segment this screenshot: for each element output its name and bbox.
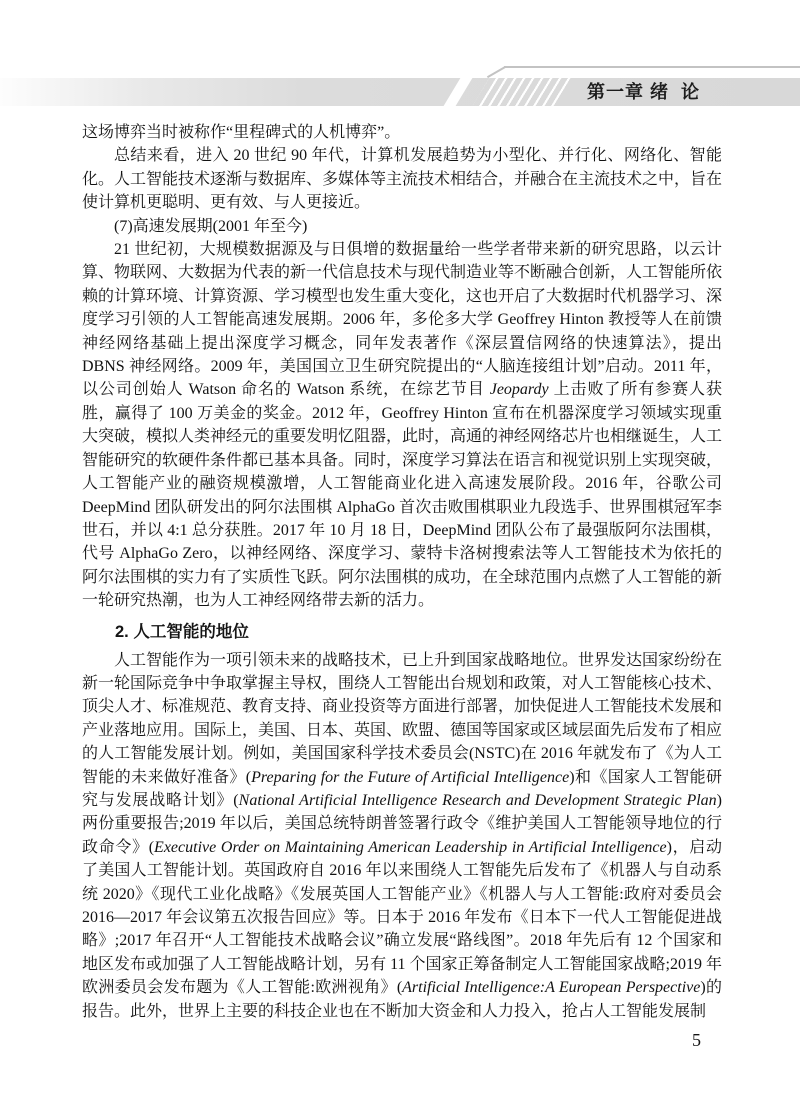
text-run: 人工智能作为一项引领未来的战略技术，已上升到国家战略地位。世界发达国家纷纷在新一… xyxy=(82,652,722,786)
paragraph: 总结来看，进入 20 世纪 90 年代，计算机发展趋势为小型化、并行化、网络化、… xyxy=(82,144,722,214)
text-run: 上击败了所有参赛人获胜，赢得了 100 万美金的奖金。2012 年，Geoffr… xyxy=(82,381,722,609)
body-text: 这场博弈当时被称作“里程碑式的人机博弈”。总结来看，进入 20 世纪 90 年代… xyxy=(82,121,722,1023)
italic-english-title: Artificial Intelligence:A European Persp… xyxy=(402,979,700,996)
italic-english-title: Preparing for the Future of Artificial I… xyxy=(251,769,569,786)
paragraph: (7)高速发展期(2001 年至今) xyxy=(82,215,722,238)
section-heading: 2. 人工智能的地位 xyxy=(82,621,722,644)
paragraph: 人工智能作为一项引领未来的战略技术，已上升到国家战略地位。世界发达国家纷纷在新一… xyxy=(82,649,722,1024)
paragraph: 21 世纪初，大规模数据源及与日俱增的数据量给一些学者带来新的研究思路，以云计算… xyxy=(82,238,722,613)
header-hatch-stripes xyxy=(473,78,572,106)
text-run: 总结来看，进入 20 世纪 90 年代，计算机发展趋势为小型化、并行化、网络化、… xyxy=(82,147,722,211)
text-run: 2. 人工智能的地位 xyxy=(115,623,249,641)
italic-english-title: Jeopardy xyxy=(490,381,549,398)
text-run: 这场博弈当时被称作“里程碑式的人机博弈”。 xyxy=(82,124,400,141)
text-run: )，启动了美国人工智能计划。英国政府自 2016 年以来围绕人工智能先后发布了《… xyxy=(82,839,722,996)
header-top-rule xyxy=(504,66,800,68)
chapter-title: 第一章 绪 论 xyxy=(587,81,700,103)
text-run: 21 世纪初，大规模数据源及与日俱增的数据量给一些学者带来新的研究思路，以云计算… xyxy=(82,241,722,398)
book-page: 第一章 绪 论 这场博弈当时被称作“里程碑式的人机博弈”。总结来看，进入 20 … xyxy=(0,0,800,1120)
running-header: 第一章 绪 论 xyxy=(0,0,800,120)
italic-english-title: National Artificial Intelligence Researc… xyxy=(239,792,717,809)
text-run: (7)高速发展期(2001 年至今) xyxy=(114,218,307,235)
page-number: 5 xyxy=(692,1030,701,1051)
header-top-rule-connector xyxy=(487,66,506,78)
paragraph: 这场博弈当时被称作“里程碑式的人机博弈”。 xyxy=(82,121,722,144)
italic-english-title: Executive Order on Maintaining American … xyxy=(154,839,667,856)
